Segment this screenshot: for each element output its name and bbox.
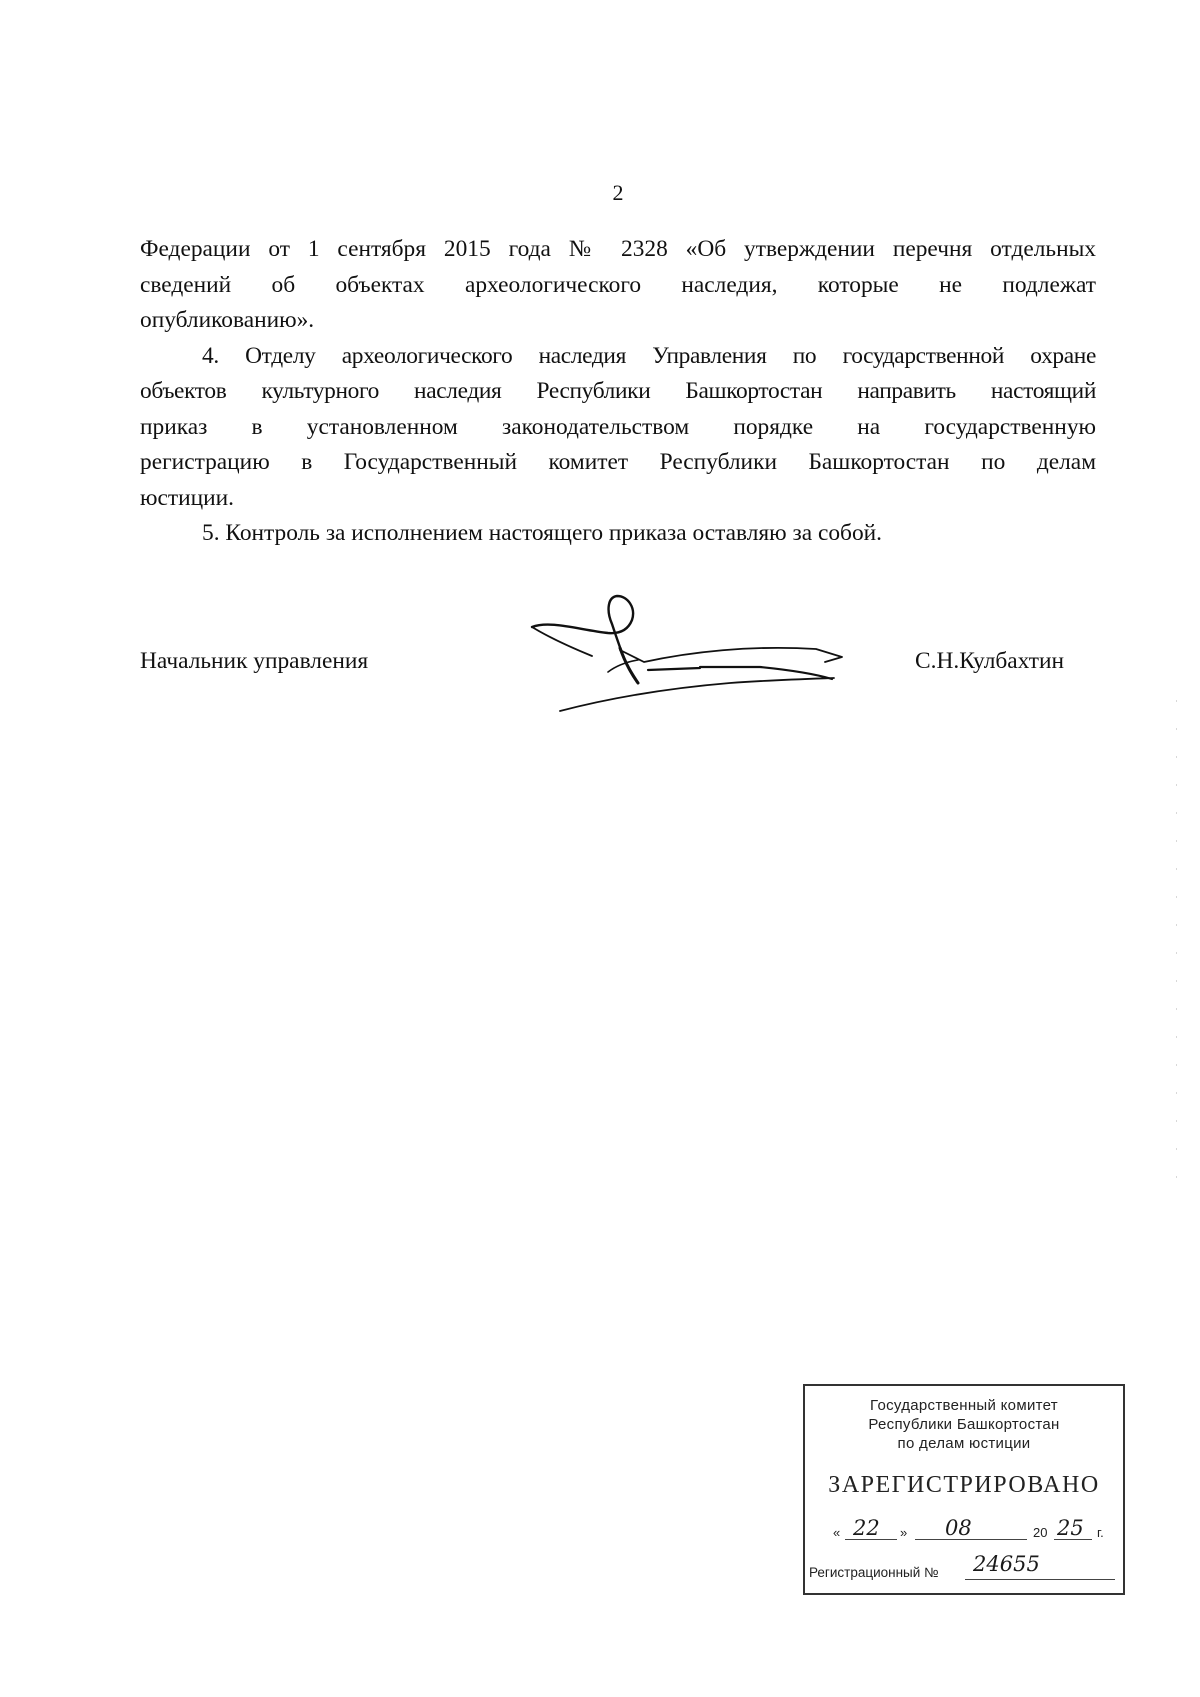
text-line: юстиции. [140,481,1096,517]
registration-label: Регистрационный № [809,1565,939,1580]
page-number: 2 [0,178,1200,208]
text-line: приказ в установленном законодательством… [140,410,1096,446]
paragraph-4-line: 4. Отделу археологического наследия Упра… [140,339,1096,375]
text-line: опубликованию». [140,303,1096,339]
paragraph-5-line: 5. Контроль за исполнением настоящего пр… [140,516,1096,552]
stamp-org-line: Государственный комитет [805,1396,1123,1415]
document-body: Федерации от 1 сентября 2015 года № 2328… [140,232,1096,552]
registration-underline [965,1579,1115,1580]
registration-stamp: Государственный комитет Республики Башко… [803,1384,1125,1595]
date-year-unit: г. [1097,1525,1104,1540]
stamp-title: ЗАРЕГИСТРИРОВАНО [805,1472,1123,1499]
text-line: регистрацию в Государственный комитет Ре… [140,445,1096,481]
scan-artifact [1176,700,1177,1180]
text-line: объектов культурного наследия Республики… [140,374,1096,410]
stamp-org-line: по делам юстиции [805,1434,1123,1453]
stamp-org-line: Республики Башкортостан [805,1415,1123,1434]
stamp-date: « 22 » 08 20 25 г. [833,1514,1109,1544]
stamp-registration: Регистрационный № 24655 [809,1554,1113,1584]
registration-number: 24655 [973,1552,1040,1576]
text-line: сведений об объектах археологического на… [140,268,1096,304]
stamp-organization: Государственный комитет Республики Башко… [805,1396,1123,1453]
handwritten-signature [520,590,860,730]
date-month: 08 [945,1516,972,1540]
date-close-quote: » [900,1525,907,1540]
date-day: 22 [853,1516,880,1540]
signatory-position: Начальник управления [140,646,368,676]
date-year-prefix: 20 [1033,1525,1047,1540]
text-line: Федерации от 1 сентября 2015 года № 2328… [140,232,1096,268]
date-year-suffix: 25 [1057,1516,1084,1540]
signatory-name: С.Н.Кулбахтин [915,646,1064,676]
date-open-quote: « [833,1525,840,1540]
